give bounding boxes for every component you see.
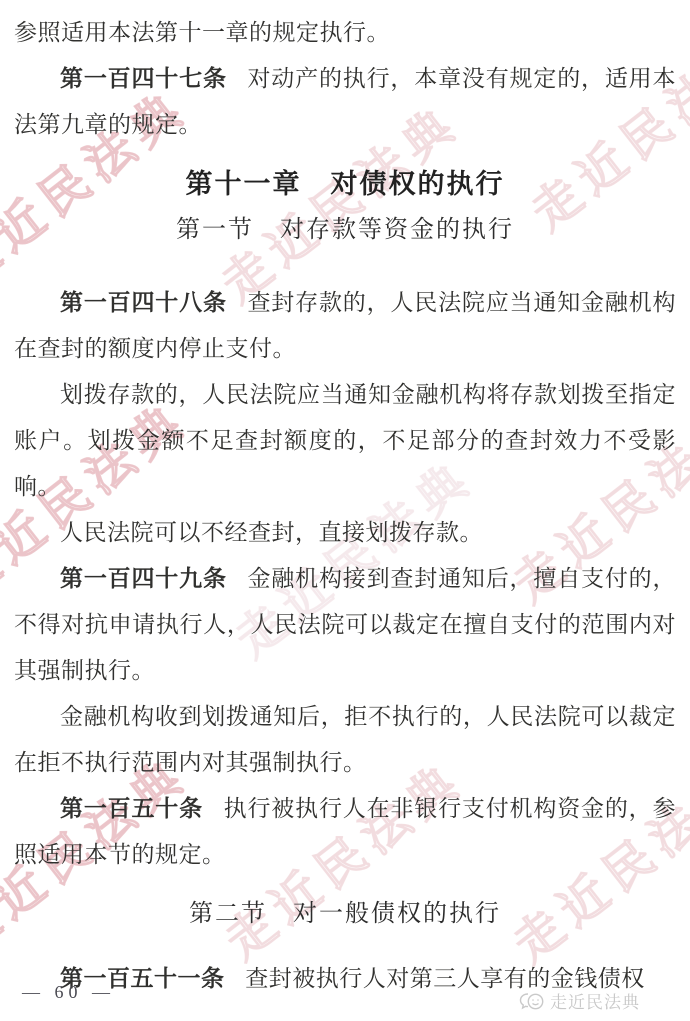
article-147-number: 第一百四十七条 <box>60 66 247 91</box>
page-number: — 60 — <box>22 982 115 1003</box>
paragraph-continuation: 参照适用本法第十一章的规定执行。 <box>14 10 676 56</box>
article-148-paragraph-2: 划拨存款的，人民法院应当通知金融机构将存款划拨至指定账户。划拨金额不足查封额度的… <box>14 372 676 510</box>
section-1-heading: 第一节 对存款等资金的执行 <box>14 206 676 254</box>
chapter-heading: 第十一章 对债权的执行 <box>14 162 676 206</box>
law-document-page: 走近民法典 走近民法典 走近民法典 走近民法典 走近民法典 走近民法典 走近民法… <box>0 0 690 1021</box>
article-149: 第一百四十九条金融机构接到查封通知后，擅自支付的，不得对抗申请执行人，人民法院可… <box>14 556 676 694</box>
article-147: 第一百四十七条对动产的执行，本章没有规定的，适用本法第九章的规定。 <box>14 56 676 148</box>
article-149-number: 第一百四十九条 <box>60 566 247 591</box>
article-150: 第一百五十条执行被执行人在非银行支付机构资金的，参照适用本节的规定。 <box>14 786 676 878</box>
document-body: 参照适用本法第十一章的规定执行。 第一百四十七条对动产的执行，本章没有规定的，适… <box>0 0 690 1021</box>
article-148: 第一百四十八条查封存款的，人民法院应当通知金融机构在查封的额度内停止支付。 <box>14 280 676 372</box>
article-150-number: 第一百五十条 <box>60 796 224 821</box>
article-148-paragraph-3: 人民法院可以不经查封，直接划拨存款。 <box>14 510 676 556</box>
article-149-paragraph-2: 金融机构收到划拨通知后，拒不执行的，人民法院可以裁定在拒不执行范围内对其强制执行… <box>14 694 676 786</box>
article-148-number: 第一百四十八条 <box>60 290 247 315</box>
footer-brand: 走近民法典 <box>519 988 640 1013</box>
section-2-heading: 第二节 对一般债权的执行 <box>14 890 676 938</box>
speech-bubble-smiley-icon <box>519 991 545 1011</box>
footer-brand-label: 走近民法典 <box>550 988 640 1013</box>
